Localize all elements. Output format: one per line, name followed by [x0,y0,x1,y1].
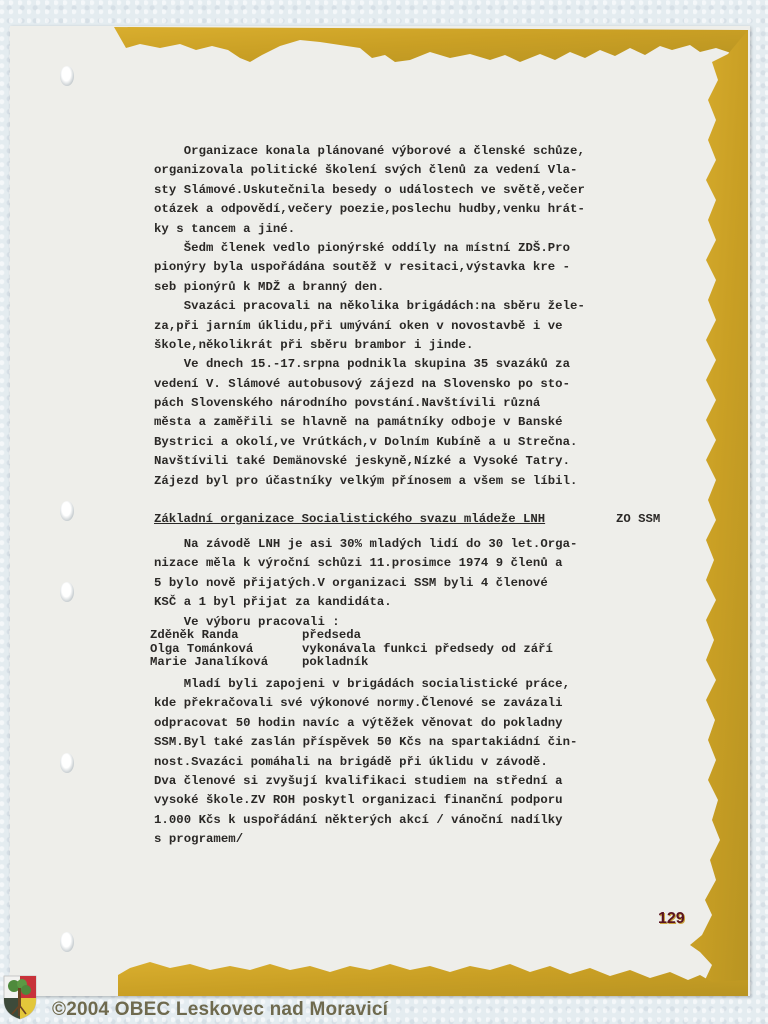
text-line: ky s tancem a jiné. [154,220,624,239]
text-line: Bystrici a okolí,ve Vrútkách,v Dolním Ku… [154,433,624,452]
text-line: 1.000 Kčs k uspořádání některých akcí / … [154,811,624,830]
text-line: Mladí byli zapojeni v brigádách socialis… [154,675,624,694]
body-text-block-1: Organizace konala plánované výborové a č… [154,142,624,491]
text-line: sty Slámové.Uskutečnila besedy o událost… [154,181,624,200]
text-line: škole,několikrát při sběru brambor i jin… [154,336,624,355]
text-line: odpracovat 50 hodin navíc a výtěžek věno… [154,714,624,733]
text-line: nost.Svazáci pomáhali na brigádě při úkl… [154,753,624,772]
body-text-block-2: Na závodě LNH je asi 30% mladých lidí do… [154,535,624,632]
section-heading-row: Základní organizace Socialistického svaz… [154,512,674,526]
member-name: Marie Janalíková [150,656,302,670]
text-line: kde překračovali své výkonové normy.Člen… [154,694,624,713]
text-line: Zájezd byl pro účastníky velkým přínosem… [154,472,624,491]
section-heading: Základní organizace Socialistického svaz… [154,512,545,526]
village-coat-of-arms-icon [2,974,38,1020]
text-line: otázek a odpovědí,večery poezie,poslechu… [154,200,624,219]
member-role: vykonávala funkci předsedy od září [302,643,553,657]
member-role: pokladník [302,656,368,670]
text-line: s programem/ [154,830,624,849]
text-line: města a zaměřili se hlavně na památníky … [154,413,624,432]
committee-member: Olga Tománková vykonávala funkci předsed… [150,643,553,657]
text-line: Navštívili také Demänovské jeskyně,Nízké… [154,452,624,471]
text-line: Šedm členek vedlo pionýrské oddíly na mí… [154,239,624,258]
text-line: KSČ a 1 byl přijat za kandidáta. [154,593,624,612]
text-line: Na závodě LNH je asi 30% mladých lidí do… [154,535,624,554]
committee-member: Zděněk Randa předseda [150,629,553,643]
text-line: za,při jarním úklidu,při umývání oken v … [154,317,624,336]
member-name: Zděněk Randa [150,629,302,643]
text-line: SSM.Byl také zaslán příspěvek 50 Kčs na … [154,733,624,752]
text-line: pách Slovenského národního povstání.Navš… [154,394,624,413]
text-line: vedení V. Slámové autobusový zájezd na S… [154,375,624,394]
text-line: Organizace konala plánované výborové a č… [154,142,624,161]
text-line: 5 bylo nově přijatých.V organizaci SSM b… [154,574,624,593]
text-line: nizace měla k výroční schůzi 11.prosimce… [154,554,624,573]
text-line: seb pionýrů k MDŽ a branný den. [154,278,624,297]
member-role: předseda [302,629,361,643]
text-line: Svazáci pracovali na několika brigádách:… [154,297,624,316]
body-text-block-3: Mladí byli zapojeni v brigádách socialis… [154,675,624,850]
text-line: pionýry byla uspořádána soutěž v resitac… [154,258,624,277]
text-line: organizovala politické školení svých čle… [154,161,624,180]
member-name: Olga Tománková [150,643,302,657]
copyright-footer: ©2004 OBEC Leskovec nad Moravicí [52,999,388,1021]
committee-list: Zděněk Randa předseda Olga Tománková vyk… [150,629,553,670]
page-number: 129 [658,910,685,928]
committee-member: Marie Janalíková pokladník [150,656,553,670]
section-code: ZO SSM [616,512,660,526]
text-line: vysoké škole.ZV ROH poskytl organizaci f… [154,791,624,810]
text-line: Dva členové si zvyšují kvalifikaci studi… [154,772,624,791]
text-line: Ve dnech 15.-17.srpna podnikla skupina 3… [154,355,624,374]
